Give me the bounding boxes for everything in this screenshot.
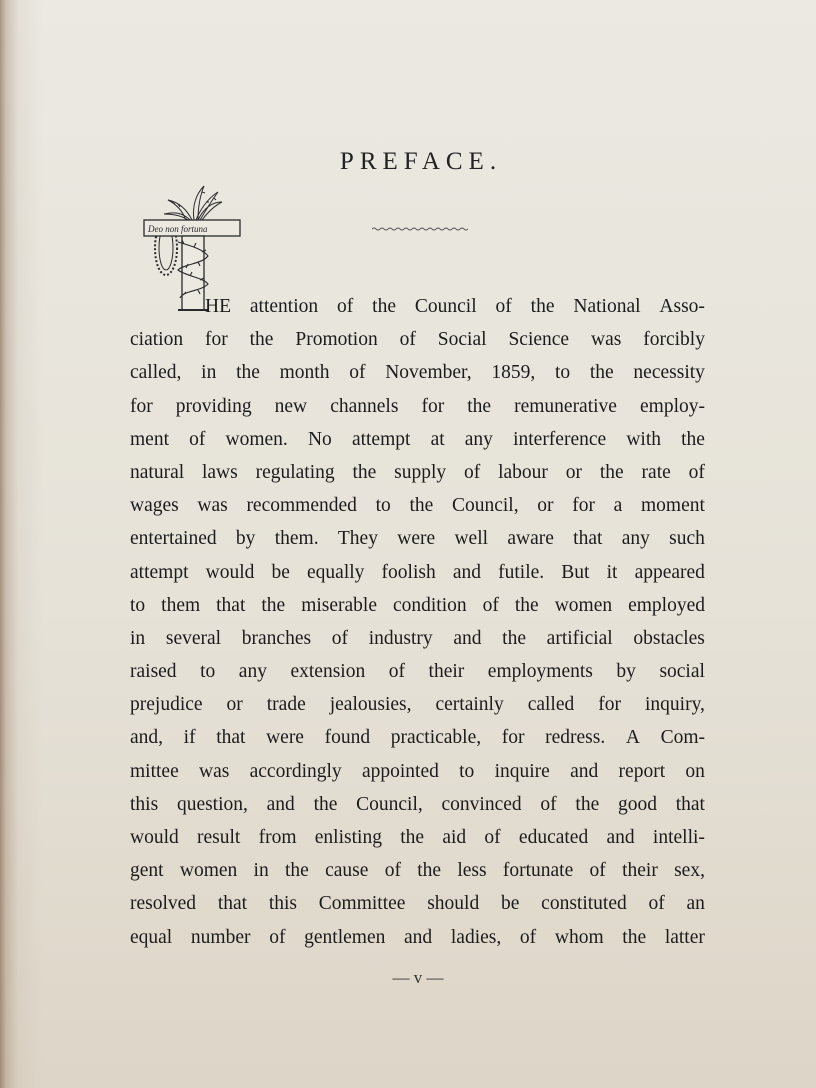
text-line: ciationforthePromotionofSocialSciencewas… bbox=[130, 323, 705, 356]
text-line: resolvedthatthisCommitteeshouldbeconstit… bbox=[130, 887, 705, 920]
text-line: mentofwomen.Noattemptatanyinterferencewi… bbox=[130, 423, 705, 456]
text-line: wageswasrecommendedtotheCouncil,orforamo… bbox=[130, 489, 705, 522]
page-title: PREFACE. bbox=[0, 148, 816, 176]
text-line: HEattentionoftheCounciloftheNationalAsso… bbox=[130, 290, 705, 323]
text-line: gentwomeninthecauseofthelessfortunateoft… bbox=[130, 854, 705, 887]
book-page: PREFACE. Deo non fortuna HEattentionofth… bbox=[0, 0, 816, 1088]
page-number: — v — bbox=[0, 968, 816, 988]
text-line: entertainedbythem.Theywerewellawarethata… bbox=[130, 522, 705, 555]
text-line: raisedtoanyextensionoftheiremploymentsby… bbox=[130, 655, 705, 688]
text-line: and,ifthatwerefoundpracticable,forredres… bbox=[130, 721, 705, 754]
text-line: thisquestion,andtheCouncil,convincedofth… bbox=[130, 788, 705, 821]
text-line: inseveralbranchesofindustryandtheartific… bbox=[130, 622, 705, 655]
text-line: attemptwouldbeequallyfoolishandfutile.Bu… bbox=[130, 556, 705, 589]
text-line: forprovidingnewchannelsfortheremunerativ… bbox=[130, 390, 705, 423]
decorative-wavy-rule-icon bbox=[372, 226, 468, 232]
text-line: wouldresultfromenlistingtheaidofeducated… bbox=[130, 821, 705, 854]
text-line: tothemthatthemiserableconditionofthewome… bbox=[130, 589, 705, 622]
text-line: mitteewasaccordinglyappointedtoinquirean… bbox=[130, 755, 705, 788]
drop-cap-motto: Deo non fortuna bbox=[147, 224, 208, 234]
preface-body: HEattentionoftheCounciloftheNationalAsso… bbox=[130, 290, 705, 954]
text-line: naturallawsregulatingthesupplyoflabouror… bbox=[130, 456, 705, 489]
text-line: equalnumberofgentlemenandladies,ofwhomth… bbox=[130, 921, 705, 954]
text-line: called,inthemonthofNovember,1859,tothene… bbox=[130, 356, 705, 389]
text-line: prejudiceortradejealousies,certainlycall… bbox=[130, 688, 705, 721]
